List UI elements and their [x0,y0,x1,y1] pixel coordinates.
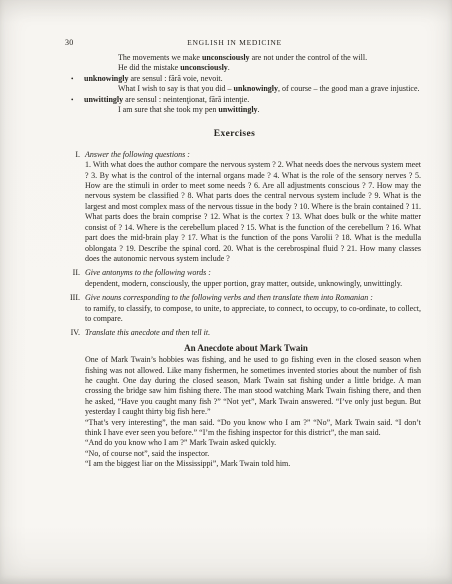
exercise-section-4: IV. Translate this anecdote and then tel… [62,328,421,338]
vocab-example-line: I am sure that she took my pen unwitting… [118,105,423,115]
exercise-section-1: I. Answer the following questions : 1. W… [62,150,421,264]
running-title: ENGLISH IN MEDICINE [62,38,407,48]
section-numeral: II. [62,268,80,289]
anecdote-paragraph: “No, of course not”, said the inspector. [85,449,421,459]
section-content: Answer the following questions : 1. With… [85,150,421,264]
section-body: to ramify, to classify, to compose, to u… [85,304,421,325]
exercise-section-2: II. Give antonyms to the following words… [62,268,421,289]
page-header: 30 ENGLISH IN MEDICINE [62,38,421,49]
section-numeral: IV. [62,328,80,338]
anecdote-title: An Anecdote about Mark Twain [85,343,407,353]
anecdote-paragraph: “I am the biggest liar on the Mississipp… [85,459,421,469]
section-body: 1. With what does the author compare the… [85,160,421,264]
anecdote-paragraph: “That’s very interesting”, the man said.… [85,418,421,439]
section-content: Give nouns corresponding to the followin… [85,293,421,324]
section-heading: Give antonyms to the following words : [85,268,421,278]
bullet-icon: • [71,95,84,105]
vocabulary-block: The movements we make unconsciously are … [62,53,421,115]
section-heading: Give nouns corresponding to the followin… [85,293,421,303]
bullet-icon: • [71,74,84,84]
section-content: Translate this anecdote and then tell it… [85,328,421,338]
anecdote-paragraph: “And do you know who I am ?” Mark Twain … [85,438,421,448]
scanned-book-page: 30 ENGLISH IN MEDICINE The movements we … [0,0,452,584]
exercises-title: Exercises [62,129,407,139]
vocab-definition: unknowingly are sensul : fără voie, nevo… [84,74,223,84]
vocab-bullet-item: • unwittingly are sensul : neintenţionat… [71,95,421,105]
vocab-bullet-item: • unknowingly are sensul : fără voie, ne… [71,74,421,84]
section-heading: Answer the following questions : [85,150,421,160]
vocab-example-line: He did the mistake unconsciously. [118,63,421,73]
vocab-example-line: The movements we make unconsciously are … [118,53,421,63]
anecdote-text: One of Mark Twain’s hobbies was fishing,… [85,355,421,469]
section-heading: Translate this anecdote and then tell it… [85,328,421,338]
vocab-definition: unwittingly are sensul : neintenţionat, … [84,95,249,105]
section-body: dependent, modern, consciously, the uppe… [85,279,421,289]
anecdote-paragraph: One of Mark Twain’s hobbies was fishing,… [85,355,421,417]
section-content: Give antonyms to the following words : d… [85,268,421,289]
exercise-section-3: III. Give nouns corresponding to the fol… [62,293,421,324]
section-numeral: I. [62,150,80,264]
vocab-example-line: What I wish to say is that you did – unk… [118,84,423,94]
section-numeral: III. [62,293,80,324]
